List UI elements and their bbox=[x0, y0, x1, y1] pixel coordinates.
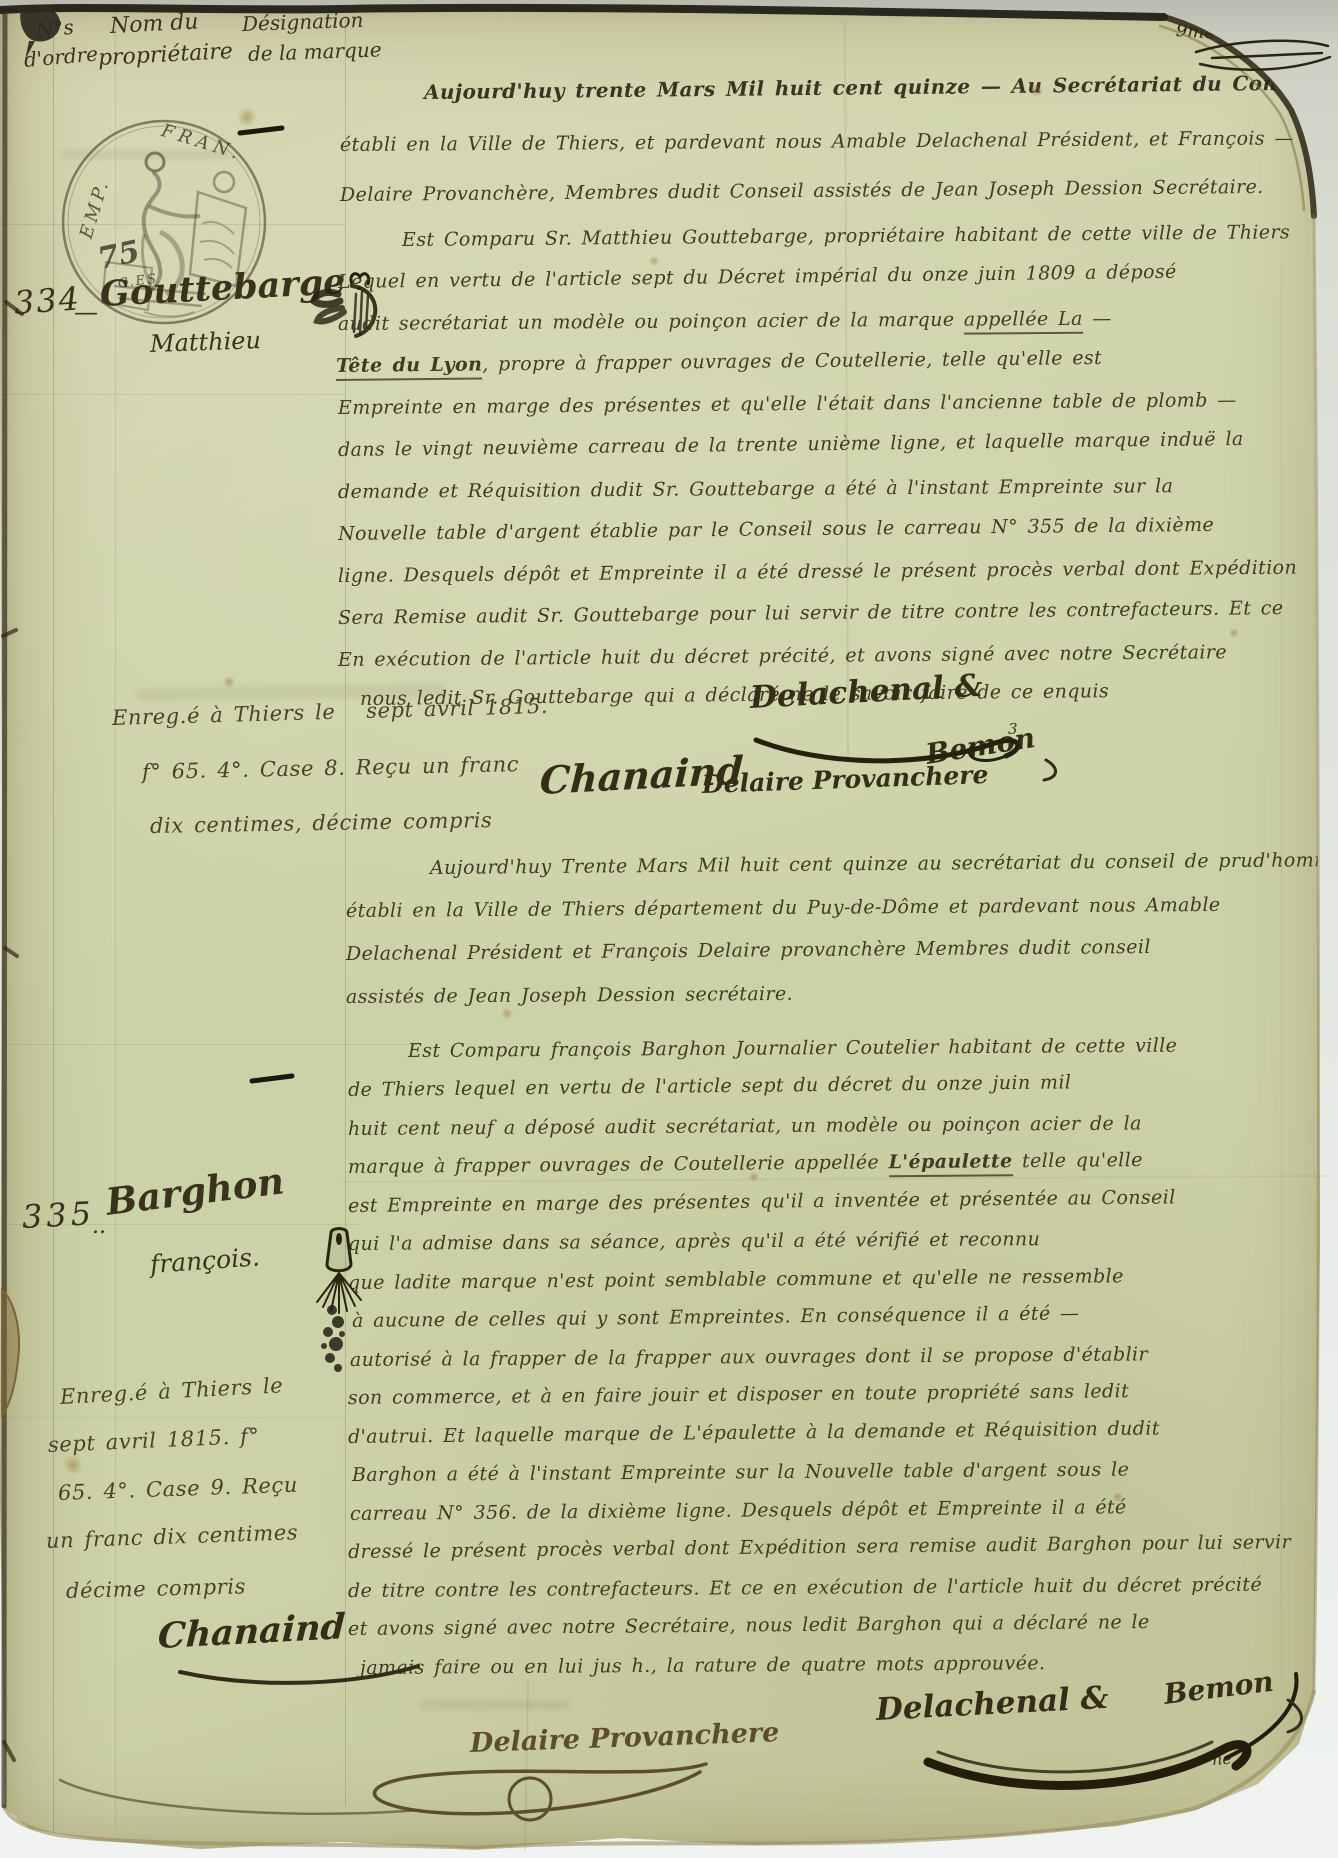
entry-335-owner-name: Barghon bbox=[103, 1158, 286, 1223]
signature-delachenal-paraph-amp: & bbox=[1080, 1680, 1110, 1717]
act1-body-line: audit secrétariat un modèle ou poinçon a… bbox=[338, 308, 1112, 335]
act2-body-line: de titre contre les contrefacteurs. Et c… bbox=[348, 1574, 1262, 1602]
act2-line4-tail: telle qu'elle bbox=[1013, 1149, 1143, 1172]
ledger-row-line bbox=[0, 394, 346, 395]
column-header-mark-1: Désignation bbox=[242, 8, 364, 36]
sheet-number-label: 9me feuille bbox=[1175, 20, 1278, 48]
act1-body-line: Sera Remise audit Sr. Gouttebarge pour l… bbox=[338, 597, 1284, 629]
act1-body-line: Nouvelle table d'argent établie par le C… bbox=[338, 514, 1214, 545]
act2-opening-line: assistés de Jean Joseph Dession secrétai… bbox=[346, 983, 793, 1008]
act2-body-line: son commerce, et à en faire jouir et dis… bbox=[348, 1380, 1129, 1409]
mark-name-tete-du-lyon: Tête du Lyon bbox=[336, 353, 483, 381]
act1-line3-tail: — bbox=[1083, 308, 1112, 330]
act2-body-line: dressé le présent procès verbal dont Exp… bbox=[348, 1531, 1291, 1563]
act1-body-line: Tête du Lyon, propre à frapper ouvrages … bbox=[336, 347, 1102, 377]
ledger-column-line bbox=[1281, 262, 1282, 1682]
entry-334-owner-firstname: Matthieu bbox=[150, 326, 262, 358]
act2-body-line: autorisé à la frapper de la frapper aux … bbox=[350, 1343, 1148, 1371]
act2-line4-text: marque à frapper ouvrages de Coutellerie… bbox=[348, 1151, 889, 1178]
act2-body-line: d'autrui. Et laquelle marque de L'épaule… bbox=[348, 1417, 1160, 1448]
act2-body-line: à aucune de celles qui y sont Empreintes… bbox=[352, 1302, 1080, 1332]
act1-opening-line: Delaire Provanchère, Membres dudit Conse… bbox=[340, 176, 1264, 206]
registration-note-334-line: Enreg.é à Thiers le sept avril 1815. bbox=[112, 694, 549, 730]
signature-delachenal-name: Delachenal bbox=[749, 670, 945, 716]
signature-delachenal-act2: Delachenal & bbox=[875, 1680, 1109, 1728]
entry-335-owner-firstname: françois. bbox=[149, 1242, 261, 1279]
column-header-order-sub: d'ordre bbox=[23, 42, 99, 72]
act2-opening-line: Aujourd'huy Trente Mars Mil huit cent qu… bbox=[430, 849, 1338, 879]
act1-body-line: Est Comparu Sr. Matthieu Gouttebarge, pr… bbox=[402, 221, 1290, 251]
act2-body-line: qui l'a admise dans sa séance, après qu'… bbox=[348, 1228, 1040, 1255]
column-header-owner-1: Nom du bbox=[109, 9, 199, 39]
signature-bemon-superscript: 3 bbox=[1008, 720, 1018, 738]
entry-334-number: 334 bbox=[13, 279, 83, 322]
act1-body-line: ligne. Desquels dépôt et Empreinte il a … bbox=[338, 557, 1297, 587]
act1-body-line: Empreinte en marge des présentes et qu'e… bbox=[338, 389, 1237, 419]
act2-body-line: de Thiers lequel en vertu de l'article s… bbox=[348, 1071, 1072, 1101]
column-header-order-no: N°s bbox=[35, 15, 75, 42]
act2-body-line: jamais faire ou en lui jus h., la rature… bbox=[360, 1652, 1046, 1679]
act1-body-line: En exécution de l'article huit du décret… bbox=[338, 641, 1227, 671]
foxing-spot bbox=[62, 1456, 84, 1474]
ink-bleed-smudge bbox=[420, 1700, 570, 1710]
signature-chanaind-act2: Chanaind bbox=[157, 1606, 346, 1657]
foxing-spot bbox=[500, 1008, 514, 1019]
act2-body-line: huit cent neuf a déposé audit secrétaria… bbox=[348, 1112, 1142, 1140]
act2-body-line: et avons signé avec notre Secrétaire, no… bbox=[348, 1611, 1150, 1640]
registration-note-335-line: décime compris bbox=[66, 1574, 247, 1603]
act2-body-line: Barghon a été à l'instant Empreinte sur … bbox=[352, 1459, 1129, 1486]
entry-335-dash: .. bbox=[92, 1214, 106, 1239]
act2-body-line: Est Comparu françois Barghon Journalier … bbox=[408, 1035, 1177, 1062]
act1-opening-line: Aujourd'huy trente Mars Mil huit cent qu… bbox=[424, 68, 1338, 104]
signature-delachenal-act1: Delachenal & bbox=[749, 668, 983, 716]
act2-body-line: est Empreinte en marge des présentes qu'… bbox=[348, 1186, 1176, 1217]
entry-335-number: 335 bbox=[21, 1194, 96, 1236]
ledger-row-line bbox=[0, 1044, 410, 1045]
column-header-mark-2: de la marque bbox=[248, 37, 382, 66]
registration-note-335-line: sept avril 1815. f° bbox=[47, 1424, 260, 1457]
ledger-row-line bbox=[0, 1417, 346, 1418]
signature-bemon-tail-note: ne bbox=[1211, 1749, 1232, 1769]
act2-opening-line: établi en la Ville de Thiers département… bbox=[346, 894, 1221, 922]
signature-delachenal-name: Delachenal bbox=[875, 1682, 1071, 1728]
column-header-owner-2: propriétaire bbox=[97, 39, 233, 71]
act2-body-line: que ladite marque n'est point semblable … bbox=[348, 1265, 1124, 1294]
register-page: N°s d'ordre Nom du propriétaire Désignat… bbox=[0, 2, 1334, 1856]
registration-note-335-line: Enreg.é à Thiers le bbox=[59, 1373, 283, 1409]
act1-opening-line: établi en la Ville de Thiers, et pardeva… bbox=[340, 127, 1294, 156]
mark-name-epaulette: L'épaulette bbox=[888, 1150, 1012, 1177]
signature-delaire-provanchere-act2: Delaire Provanchere bbox=[469, 1717, 779, 1759]
act2-opening-line: Delachenal Président et François Delaire… bbox=[346, 936, 1151, 965]
signature-bemon-act2: Bemon bbox=[1162, 1665, 1275, 1711]
registration-note-334-line: dix centimes, décime compris bbox=[150, 808, 493, 838]
entry-334-dash: — bbox=[74, 298, 98, 326]
signature-delachenal-paraph-amp: & bbox=[954, 668, 984, 705]
registration-note-335-line: un franc dix centimes bbox=[46, 1520, 299, 1553]
registration-note-335-line: 65. 4°. Case 9. Reçu bbox=[58, 1473, 299, 1505]
foxing-spot bbox=[222, 676, 236, 688]
act1-line4-tail: , propre à frapper ouvrages de Couteller… bbox=[482, 347, 1102, 375]
ink-blot bbox=[312, 1302, 356, 1380]
registration-note-334-line: f° 65. 4°. Case 8. Reçu un franc bbox=[142, 752, 520, 784]
act1-body-line: Lequel en vertu de l'article sept du Déc… bbox=[338, 261, 1177, 293]
act2-body-line: carreau N° 356. de la dixième ligne. Des… bbox=[350, 1496, 1127, 1525]
foxing-spot bbox=[1228, 628, 1240, 638]
mark-name-appellee-la: appellée La bbox=[964, 308, 1083, 335]
act2-body-line: marque à frapper ouvrages de Coutellerie… bbox=[348, 1149, 1143, 1178]
act1-line3-text: audit secrétariat un modèle ou poinçon a… bbox=[338, 309, 964, 335]
act1-body-line: demande et Réquisition dudit Sr. Goutteb… bbox=[338, 475, 1173, 503]
foxing-spot bbox=[648, 256, 660, 266]
act1-body-line: dans le vingt neuvième carreau de la tre… bbox=[338, 428, 1244, 461]
